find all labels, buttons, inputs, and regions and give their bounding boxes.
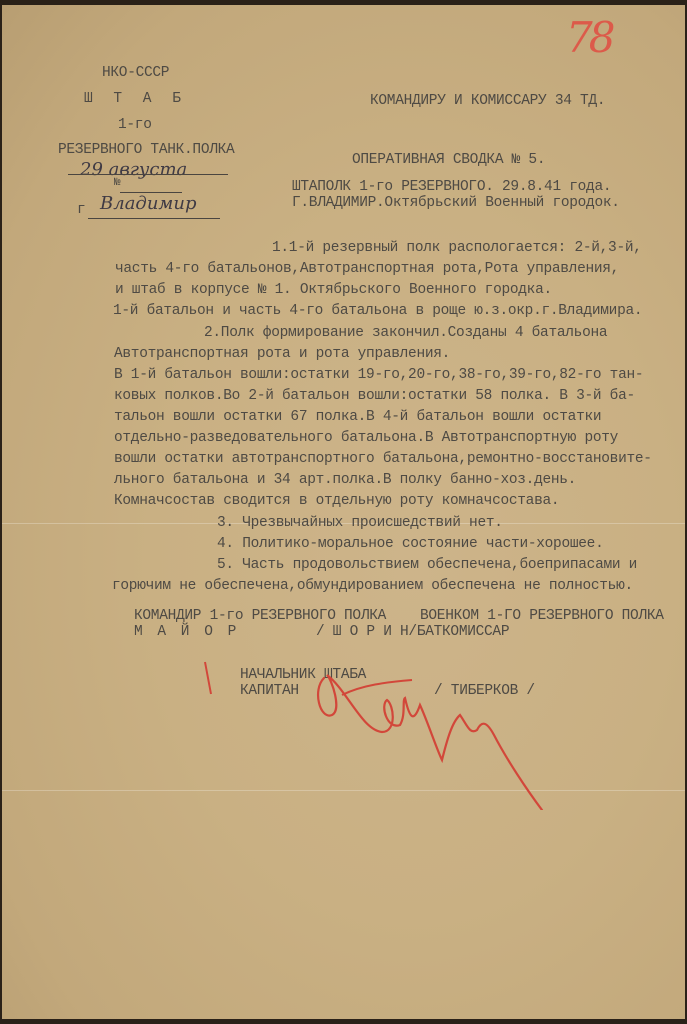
body-line: горючим не обеспечена,обмундированием об…: [112, 578, 633, 594]
red-tick-mark: [202, 660, 214, 700]
commander-rank: М А Й О Р: [134, 624, 239, 640]
location-line-1: ШТАПОЛК 1-го РЕЗЕРВНОГО. 29.8.41 года.: [292, 179, 611, 195]
commander-title: КОМАНДИР 1-го РЕЗЕРВНОГО ПОЛКА: [134, 608, 386, 624]
location-line-2: Г.ВЛАДИМИР.Октябрьский Военный городок.: [292, 195, 620, 211]
commissar-title: ВОЕНКОМ 1-ГО РЕЗЕРВНОГО ПОЛКА: [420, 608, 664, 624]
report-title: ОПЕРАТИВНАЯ СВОДКА № 5.: [352, 152, 545, 168]
header-org: НКО-СССР: [102, 65, 169, 81]
date-underline: [68, 174, 228, 175]
header-number-label: №: [114, 177, 120, 189]
body-line: тальон вошли остатки 67 полка.В 4-й бата…: [114, 409, 601, 425]
body-line: 5. Часть продовольствием обеспечена,боеп…: [217, 557, 637, 573]
signature-icon: [302, 660, 562, 810]
header-shtab: Ш Т А Б: [84, 91, 187, 107]
header-city: Владимир: [100, 193, 196, 214]
addressee: КОМАНДИРУ И КОМИССАРУ 34 ТД.: [370, 93, 605, 109]
header-city-label: г: [77, 202, 85, 218]
chief-of-staff-rank: КАПИТАН: [240, 683, 299, 699]
document-page: 78 НКО-СССР Ш Т А Б 1-го РЕЗЕРВНОГО ТАНК…: [2, 5, 685, 1019]
header-date: 29 августа: [80, 159, 187, 180]
body-line: 4. Политико-моральное состояние части-хо…: [217, 536, 603, 552]
body-line: В 1-й батальон вошли:остатки 19-го,20-го…: [114, 367, 643, 383]
city-underline: [88, 218, 220, 219]
body-line: и штаб в корпусе № 1. Октябрьского Военн…: [115, 282, 552, 298]
body-line: отдельно-разведовательного батальона.В А…: [114, 430, 618, 446]
header-unit-num: 1-го: [118, 117, 152, 133]
body-line: 2.Полк формирование закончил.Созданы 4 б…: [204, 325, 607, 341]
header-unit-name: РЕЗЕРВНОГО ТАНК.ПОЛКА: [58, 142, 234, 158]
body-line: 1-й батальон и часть 4-го батальона в ро…: [113, 303, 642, 319]
body-line: вошли остатки автотранспортного батальон…: [114, 451, 652, 467]
body-line: Комначсостав сводится в отдельную роту к…: [114, 493, 559, 509]
body-line: ковых полков.Во 2-й батальон вошли:остат…: [114, 388, 635, 404]
page-number: 78: [566, 13, 611, 62]
commissar-name: / Ш О Р И Н/БАТКОМИССАР: [316, 624, 509, 640]
body-line: 3. Чрезвычайных происшедствий нет.: [217, 515, 503, 531]
body-line: 1.1-й резервный полк распологается: 2-й,…: [272, 240, 642, 256]
body-line: Автотранспортная рота и рота управления.: [114, 346, 450, 362]
body-line: льного батальона и 34 арт.полка.В полку …: [114, 472, 576, 488]
body-line: часть 4-го батальонов,Автотранспортная р…: [115, 261, 619, 277]
